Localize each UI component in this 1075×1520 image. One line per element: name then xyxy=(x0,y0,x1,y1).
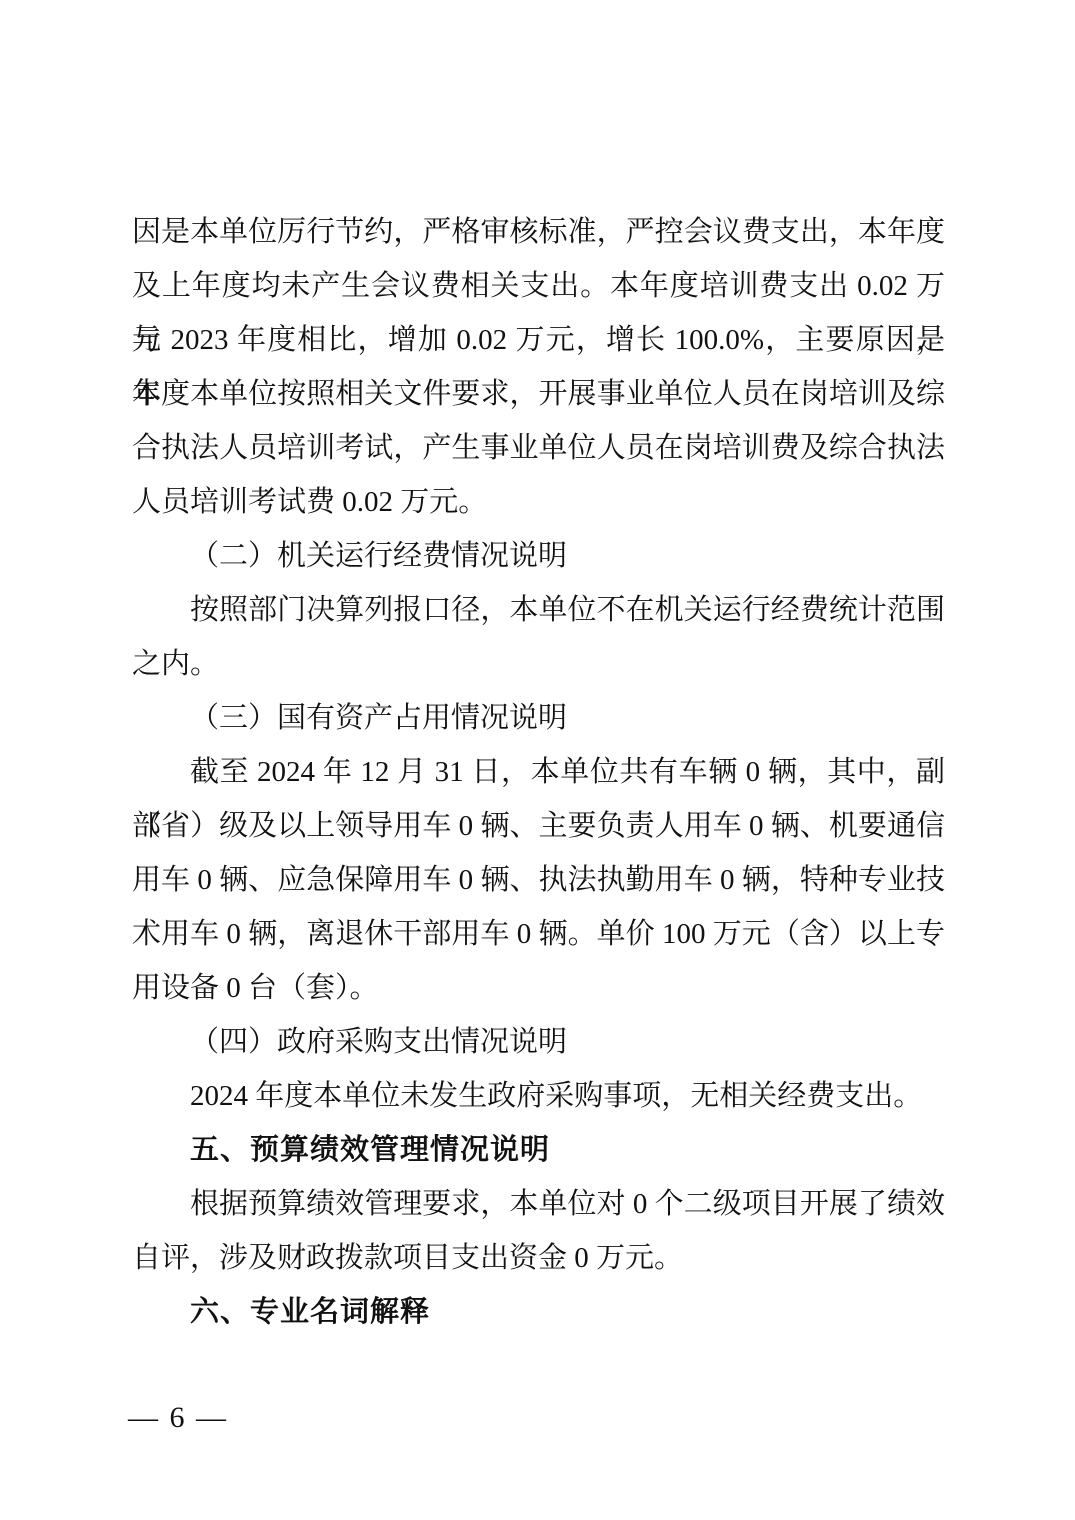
body-line: 自评，涉及财政拨款项目支出资金 0 万元。 xyxy=(132,1231,945,1285)
body-line: 人员培训考试费 0.02 万元。 xyxy=(132,475,945,529)
body-line: 根据预算绩效管理要求，本单位对 0 个二级项目开展了绩效 xyxy=(132,1177,945,1231)
body-line: 之内。 xyxy=(132,637,945,691)
body-line: 因是本单位厉行节约，严格审核标准，严控会议费支出，本年度 xyxy=(132,205,945,259)
body-line: 与 2023 年度相比，增加 0.02 万元，增长 100.0%，主要原因是本 xyxy=(132,313,945,367)
heading-section-5: 五、预算绩效管理情况说明 xyxy=(132,1123,945,1177)
page-footer: — 6 — xyxy=(128,1398,228,1438)
body-line: 合执法人员培训考试，产生事业单位人员在岗培训费及综合执法 xyxy=(132,421,945,475)
body-line: （省）级及以上领导用车 0 辆、主要负责人用车 0 辆、机要通信 xyxy=(132,799,945,853)
body-line: 及上年度均未产生会议费相关支出。本年度培训费支出 0.02 万元， xyxy=(132,259,945,313)
body-line: 术用车 0 辆，离退休干部用车 0 辆。单价 100 万元（含）以上专 xyxy=(132,907,945,961)
body-line: 用车 0 辆、应急保障用车 0 辆、执法执勤用车 0 辆，特种专业技 xyxy=(132,853,945,907)
document-page: 因是本单位厉行节约，严格审核标准，严控会议费支出，本年度 及上年度均未产生会议费… xyxy=(0,0,1075,1520)
page-number: — 6 — xyxy=(128,1398,228,1438)
subheading-section-2: （二）机关运行经费情况说明 xyxy=(132,529,945,583)
subheading-section-4: （四）政府采购支出情况说明 xyxy=(132,1015,945,1069)
body-line: 截至 2024 年 12 月 31 日，本单位共有车辆 0 辆，其中，副部 xyxy=(132,745,945,799)
subheading-section-3: （三）国有资产占用情况说明 xyxy=(132,691,945,745)
body-line: 年度本单位按照相关文件要求，开展事业单位人员在岗培训及综 xyxy=(132,367,945,421)
document-body: 因是本单位厉行节约，严格审核标准，严控会议费支出，本年度 及上年度均未产生会议费… xyxy=(132,205,945,1339)
body-line: 按照部门决算列报口径，本单位不在机关运行经费统计范围 xyxy=(132,583,945,637)
heading-section-6: 六、专业名词解释 xyxy=(132,1285,945,1339)
body-line: 2024 年度本单位未发生政府采购事项，无相关经费支出。 xyxy=(132,1069,945,1123)
body-line: 用设备 0 台（套）。 xyxy=(132,961,945,1015)
